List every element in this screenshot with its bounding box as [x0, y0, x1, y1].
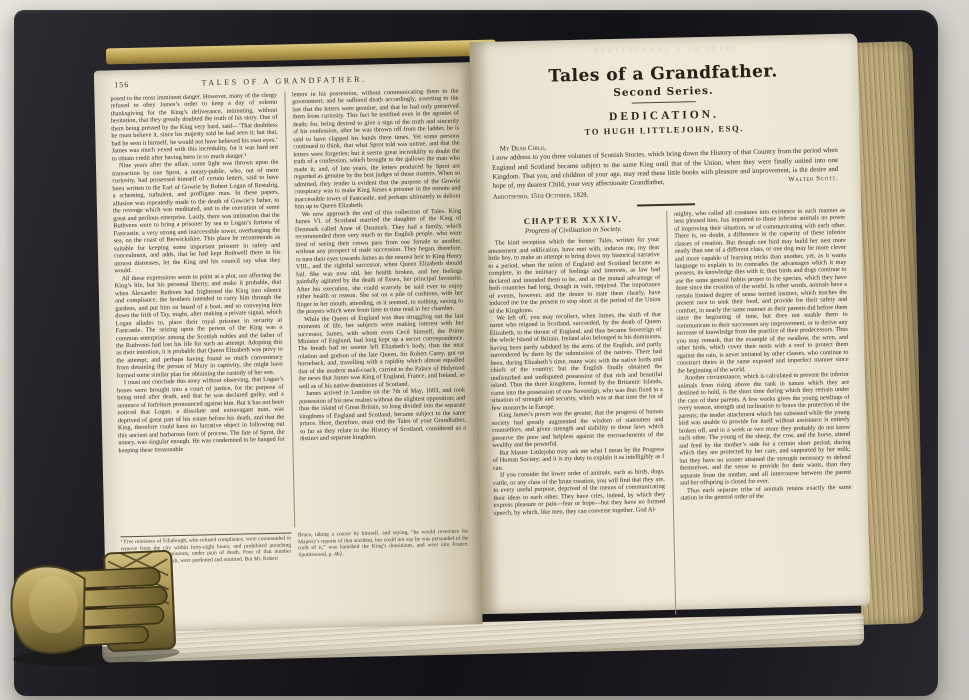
ornament-rule	[632, 101, 696, 103]
paragraph: Thus each separate tribe of animals reta…	[680, 483, 852, 502]
right-page-column-2: mighty, who called all creatures into ex…	[674, 206, 855, 614]
photo-backdrop: 156 TALES OF A GRANDFATHER. posed to the…	[0, 0, 969, 700]
dedication-text: I now address to you three volumes of Sc…	[492, 147, 838, 190]
left-page-header: 156 TALES OF A GRANDFATHER.	[110, 73, 458, 90]
signature: Walter Scott.	[788, 174, 838, 184]
header-spacer	[367, 80, 454, 82]
paragraph: If you consider the lower order of anima…	[493, 468, 665, 517]
paragraph: James arrived in London on the 7th of Ma…	[299, 387, 467, 443]
paragraph: The kind reception which the former Tale…	[488, 236, 661, 315]
paragraph: While the Queen of England was thus stru…	[297, 312, 465, 391]
paragraph: We left off, you may recollect, when Jam…	[489, 311, 663, 412]
paragraph: letters in his possession, without commu…	[292, 88, 461, 211]
paragraph: posed to the most imminent danger. Howev…	[110, 92, 278, 163]
page-number: 156	[114, 78, 202, 89]
right-page-columns: CHAPTER XXXIV. Progress of Civilisation …	[487, 206, 854, 618]
dedication-block: My Dear Child, I now address to you thre…	[486, 137, 845, 202]
dedication-body: I now address to you three volumes of Sc…	[492, 146, 839, 191]
show-through-text: TALES OF A GRANDFATHER	[469, 41, 857, 58]
open-page-spread: 156 TALES OF A GRANDFATHER. posed to the…	[93, 29, 878, 646]
paragraph: Another circumstance, which is calculate…	[677, 371, 851, 487]
running-title: TALES OF A GRANDFATHER.	[201, 75, 366, 88]
left-page-column-1: posed to the most imminent danger. Howev…	[110, 92, 286, 532]
right-page: TALES OF A GRANDFATHER Tales of a Grandf…	[469, 34, 870, 615]
right-page-column-1: CHAPTER XXXIV. Progress of Civilisation …	[487, 211, 668, 619]
left-page-column-2: letters in his possession, without commu…	[292, 88, 468, 528]
footnote-text: Bruce, taking a course by himself, and s…	[298, 528, 469, 559]
brass-hand-clip	[5, 542, 182, 669]
section-divider-rule	[637, 203, 695, 206]
paragraph: mighty, who called all creatures into ex…	[674, 206, 849, 375]
left-page-columns: posed to the most imminent danger. Howev…	[110, 88, 468, 532]
footnote-column-2: Bruce, taking a course by himself, and s…	[298, 528, 469, 562]
paragraph: Nine years after the affair, some light …	[112, 159, 281, 275]
paragraph: I must not conclude this story without o…	[117, 376, 285, 455]
paragraph: We now approach the end of this collecti…	[295, 207, 464, 316]
paragraph: King James’s power was the greater, that…	[492, 408, 664, 449]
paragraph: All these expressions seem to point at a…	[114, 271, 283, 380]
book: 156 TALES OF A GRANDFATHER. posed to the…	[14, 10, 938, 696]
